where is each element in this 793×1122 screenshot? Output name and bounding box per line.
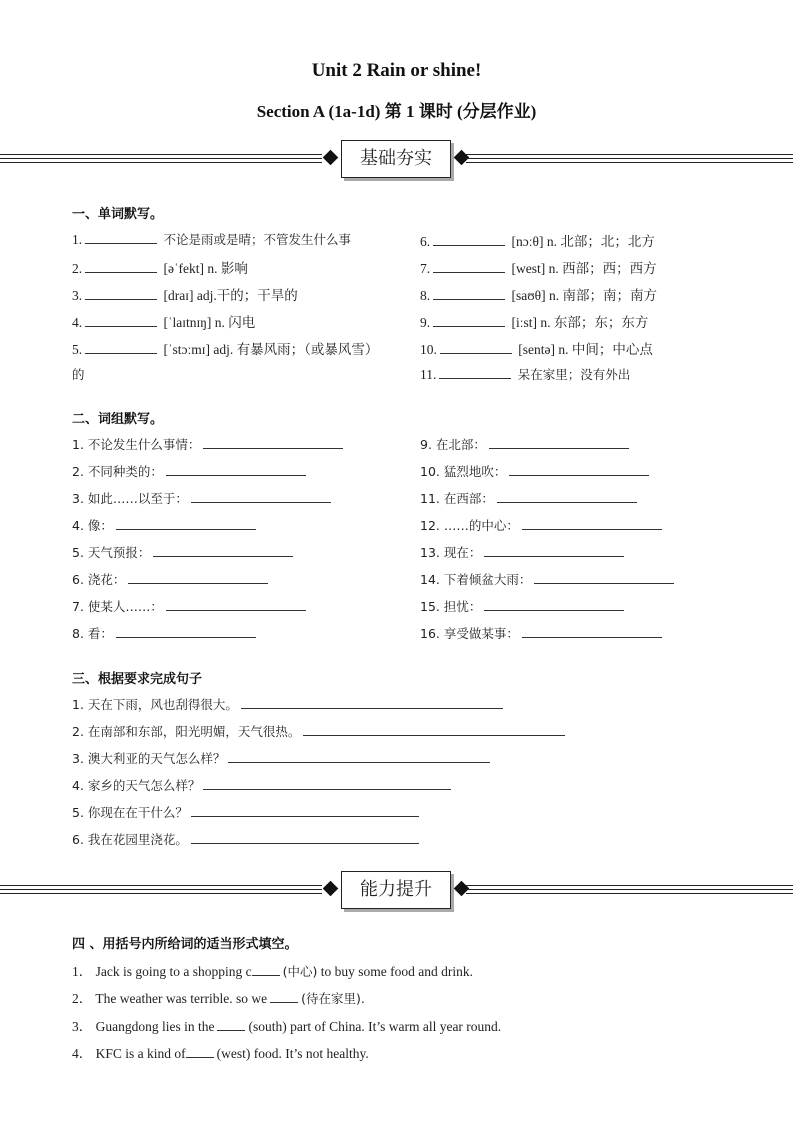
- phrase-item-12: 12. ……的中心：: [420, 516, 665, 534]
- answer-blank[interactable]: [252, 964, 280, 976]
- word-item-11: 11. 呆在家里；没有外出: [420, 365, 630, 383]
- part2-heading: 二、词组默写。: [72, 408, 163, 427]
- sentence-item-3: 3. 澳大利亚的天气怎么样？: [72, 749, 493, 767]
- word-item-5: 5. [ˈstɔːmɪ] adj. 有暴风雨；（或暴风雪）: [72, 338, 378, 358]
- phrase-item-7: 7. 使某人……：: [72, 597, 309, 615]
- phrase-item-9: 9. 在北部：: [420, 435, 632, 453]
- answer-blank[interactable]: [191, 491, 331, 503]
- diamond-icon: [323, 150, 339, 166]
- word-item-7: 7. [west] n. 西部；西；西方: [420, 257, 657, 277]
- banner-label: 能力提升: [341, 871, 451, 909]
- answer-blank[interactable]: [433, 261, 505, 273]
- answer-blank[interactable]: [484, 545, 624, 557]
- word-item-10: 10. [sentə] n. 中间；中心点: [420, 338, 653, 358]
- answer-blank[interactable]: [522, 626, 662, 638]
- phrase-item-15: 15. 担忧：: [420, 597, 627, 615]
- answer-blank[interactable]: [191, 805, 419, 817]
- word-item-4: 4. [ˈlaɪtnɪŋ] n. 闪电: [72, 311, 255, 331]
- word-item-5-continuation: 的: [72, 365, 85, 383]
- answer-blank[interactable]: [522, 518, 662, 530]
- answer-blank[interactable]: [241, 697, 503, 709]
- phrase-item-2: 2. 不同种类的：: [72, 462, 309, 480]
- word-item-9: 9. [iːst] n. 东部；东；东方: [420, 311, 648, 331]
- banner-rule-right: [466, 885, 793, 894]
- answer-blank[interactable]: [440, 342, 512, 354]
- word-item-8: 8. [saʊθ] n. 南部；南；南方: [420, 284, 657, 304]
- banner-rule-right: [466, 154, 793, 163]
- section-banner-advanced: 能力提升: [0, 871, 793, 911]
- sentence-item-1: 1. 天在下雨，风也刮得很大。: [72, 695, 506, 713]
- answer-blank[interactable]: [303, 724, 565, 736]
- answer-blank[interactable]: [116, 518, 256, 530]
- diamond-icon: [323, 881, 339, 897]
- answer-blank[interactable]: [85, 261, 157, 273]
- answer-blank[interactable]: [270, 991, 298, 1003]
- answer-blank[interactable]: [191, 832, 419, 844]
- phrase-item-8: 8. 看：: [72, 624, 259, 642]
- part3-heading: 三、根据要求完成句子: [72, 668, 202, 687]
- answer-blank[interactable]: [166, 464, 306, 476]
- answer-blank[interactable]: [116, 626, 256, 638]
- sentence-item-4: 4. 家乡的天气怎么样？: [72, 776, 454, 794]
- word-item-2: 2. [əˈfekt] n. 影响: [72, 257, 248, 277]
- answer-blank[interactable]: [439, 367, 511, 379]
- answer-blank[interactable]: [166, 599, 306, 611]
- section-banner-basic: 基础夯实: [0, 140, 793, 180]
- answer-blank[interactable]: [85, 342, 157, 354]
- phrase-item-1: 1. 不论发生什么事情：: [72, 435, 346, 453]
- answer-blank[interactable]: [489, 437, 629, 449]
- answer-blank[interactable]: [153, 545, 293, 557]
- answer-blank[interactable]: [228, 751, 490, 763]
- sentence-item-6: 6. 我在花园里浇花。: [72, 830, 422, 848]
- part1-heading: 一、单词默写。: [72, 203, 163, 222]
- answer-blank[interactable]: [85, 315, 157, 327]
- phrase-item-6: 6. 浇花：: [72, 570, 271, 588]
- sentence-item-5: 5. 你现在在干什么？: [72, 803, 422, 821]
- phrase-item-10: 10. 猛烈地吹：: [420, 462, 652, 480]
- answer-blank[interactable]: [203, 778, 451, 790]
- word-item-1: 1. 不论是雨或是晴；不管发生什么事: [72, 230, 351, 248]
- sentence-item-2: 2. 在南部和东部，阳光明媚，天气很热。: [72, 722, 568, 740]
- page-title: Unit 2 Rain or shine!: [0, 60, 793, 82]
- answer-blank[interactable]: [534, 572, 674, 584]
- banner-label: 基础夯实: [341, 140, 451, 178]
- word-item-3: 3. [draɪ] adj.干的；干旱的: [72, 284, 298, 304]
- answer-blank[interactable]: [186, 1046, 214, 1058]
- answer-blank[interactable]: [509, 464, 649, 476]
- fill-item-2: 2． The weather was terrible. so we(待在家里)…: [72, 987, 365, 1007]
- phrase-item-11: 11. 在西部：: [420, 489, 640, 507]
- answer-blank[interactable]: [128, 572, 268, 584]
- fill-item-1: 1． Jack is going to a shopping c(中心) to …: [72, 960, 473, 980]
- fill-item-3: 3． Guangdong lies in the(south) part of …: [72, 1015, 501, 1035]
- answer-blank[interactable]: [484, 599, 624, 611]
- fill-item-4: 4． KFC is a kind of(west) food. It’s not…: [72, 1042, 369, 1062]
- answer-blank[interactable]: [433, 315, 505, 327]
- answer-blank[interactable]: [85, 288, 157, 300]
- phrase-item-4: 4. 像：: [72, 516, 259, 534]
- answer-blank[interactable]: [433, 288, 505, 300]
- answer-blank[interactable]: [203, 437, 343, 449]
- phrase-item-5: 5. 天气预报：: [72, 543, 296, 561]
- phrase-item-13: 13. 现在：: [420, 543, 627, 561]
- answer-blank[interactable]: [85, 232, 157, 244]
- part4-heading: 四 、用括号内所给词的适当形式填空。: [72, 933, 298, 952]
- banner-rule-left: [0, 154, 322, 163]
- phrase-item-3: 3. 如此……以至于：: [72, 489, 334, 507]
- answer-blank[interactable]: [497, 491, 637, 503]
- page-subtitle: Section A (1a-1d) 第 1 课时 (分层作业): [0, 97, 793, 122]
- answer-blank[interactable]: [217, 1019, 245, 1031]
- answer-blank[interactable]: [433, 234, 505, 246]
- banner-rule-left: [0, 885, 322, 894]
- phrase-item-16: 16. 享受做某事：: [420, 624, 665, 642]
- phrase-item-14: 14. 下着倾盆大雨：: [420, 570, 677, 588]
- word-item-6: 6. [nɔːθ] n. 北部；北；北方: [420, 230, 655, 250]
